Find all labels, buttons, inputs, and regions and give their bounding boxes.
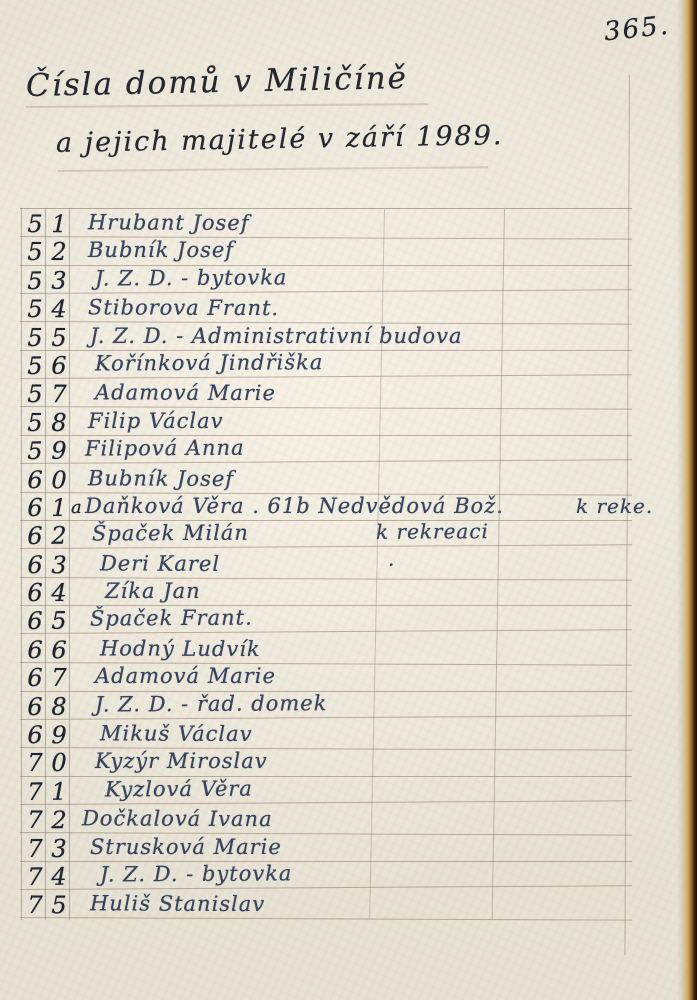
owner-name: J. Z. D. - bytovka <box>95 262 288 293</box>
house-number-tens: 7 <box>25 748 45 776</box>
owner-name: Filipová Anna <box>85 433 245 464</box>
table-row: 52Bubník Josef <box>20 237 632 265</box>
house-number-units: 0 <box>49 465 69 493</box>
house-number-tens: 6 <box>25 578 45 606</box>
house-number-units: 9 <box>49 436 69 464</box>
house-number-units: 6 <box>49 351 69 379</box>
table-row: 75Huliš Stanislav <box>20 890 632 921</box>
owner-name: Hodný Ludvík <box>100 633 261 664</box>
house-number-tens: 7 <box>25 777 45 805</box>
owner-name: Mikuš Václav <box>100 718 253 749</box>
house-number-units: 5 <box>49 606 69 634</box>
row-note: k rekreaci <box>376 516 489 547</box>
house-number-tens: 5 <box>25 408 45 436</box>
house-number-tens: 6 <box>25 493 45 521</box>
table-row: 74J. Z. D. - bytovka <box>20 858 632 890</box>
house-number-units: 5 <box>49 323 69 351</box>
owner-name: Zíka Jan <box>105 576 201 606</box>
house-number-units: 4 <box>49 578 69 606</box>
table-row: 65Špaček Frant. <box>20 603 632 635</box>
owner-name: J. Z. D. - bytovka <box>100 858 293 889</box>
house-number-units: 0 <box>49 748 69 776</box>
owner-name: Kyzýr Miroslav <box>95 746 268 776</box>
house-number-units: 3 <box>49 550 69 578</box>
owner-name: Strusková Marie <box>90 832 282 862</box>
house-number-units: 1 <box>49 493 69 521</box>
house-number-tens: 7 <box>25 805 45 833</box>
house-number-units: 7 <box>49 379 69 407</box>
house-number-tens: 6 <box>25 465 45 493</box>
owner-name: Kyzlová Věra <box>105 773 253 804</box>
grid-vline <box>21 208 22 920</box>
house-number-tens: 6 <box>25 521 45 549</box>
house-number-units: 3 <box>49 265 69 293</box>
house-owner-table: 51Hrubant Josef52Bubník Josef53J. Z. D. … <box>20 208 632 919</box>
house-number-units: 7 <box>49 663 69 691</box>
house-number-tens: 6 <box>25 720 45 748</box>
owner-name: Dočkalová Ivana <box>82 803 273 834</box>
house-number-units: 5 <box>49 891 69 919</box>
house-number-units: 2 <box>49 805 69 833</box>
owner-name: Špaček Frant. <box>90 603 253 634</box>
table-row: 71Kyzlová Věra <box>20 773 632 805</box>
house-number-units: 2 <box>49 521 69 549</box>
table-row: 55J. Z. D. - Administrativní budova <box>20 323 632 351</box>
house-number-tens: 5 <box>25 209 45 237</box>
house-number-tens: 6 <box>25 691 45 719</box>
owner-name: Bubník Josef <box>88 235 234 265</box>
house-number-units: 8 <box>49 691 69 719</box>
house-number-units: 1 <box>49 777 69 805</box>
grid-vline <box>45 208 46 920</box>
house-number-tens: 7 <box>25 862 45 890</box>
house-number-units: 3 <box>49 834 69 862</box>
house-number-tens: 7 <box>25 890 45 918</box>
owner-name: Bubník Josef <box>88 463 234 494</box>
table-row: 70Kyzýr Miroslav <box>20 748 632 776</box>
house-number-units: 6 <box>49 635 69 663</box>
owner-name: Špaček Milán <box>92 518 249 549</box>
house-number-units: 8 <box>49 408 69 436</box>
house-number-units: 1 <box>49 209 69 237</box>
table-row: 56Kořínková Jindřiška <box>20 347 632 379</box>
house-number-tens: 5 <box>25 323 45 351</box>
owner-name: J. Z. D. - řad. domek <box>95 688 328 719</box>
owner-name: Stiborova Frant. <box>88 292 279 323</box>
house-number-units: 9 <box>49 720 69 748</box>
house-number-tens: 6 <box>25 663 45 691</box>
owner-name: J. Z. D. - Administrativní budova <box>90 321 463 351</box>
house-number-tens: 5 <box>25 294 45 322</box>
table-row: 59Filipová Anna <box>20 432 632 464</box>
owner-name: Adamová Marie <box>95 661 276 691</box>
owner-name: Deri Karel <box>100 548 220 579</box>
house-number-tens: 7 <box>25 834 45 862</box>
house-number-suffix: a <box>71 493 82 521</box>
owner-name: Hrubant Josef <box>88 207 250 238</box>
house-number-units: 4 <box>49 862 69 890</box>
house-number-tens: 5 <box>25 237 45 265</box>
row-note: · <box>388 549 395 579</box>
owner-name: Kořínková Jindřiška <box>95 347 324 378</box>
owner-name: Filip Václav <box>88 406 223 436</box>
house-number-tens: 6 <box>25 606 45 634</box>
house-number-tens: 5 <box>25 436 45 464</box>
house-number-tens: 5 <box>25 266 45 294</box>
table-row: 53J. Z. D. - bytovka <box>20 262 632 294</box>
house-number-tens: 6 <box>25 635 45 663</box>
owner-name: Huliš Stanislav <box>90 889 265 920</box>
scan-edge <box>677 0 697 1000</box>
owner-name: Adamová Marie <box>95 378 276 409</box>
house-number-units: 2 <box>49 237 69 265</box>
table-row: 62Špaček Milánk rekreaci <box>20 518 632 550</box>
table-row: 73Strusková Marie <box>20 834 632 862</box>
house-number-tens: 5 <box>25 379 45 407</box>
table-row: 68J. Z. D. - řad. domek <box>20 688 632 720</box>
scanned-ledger-page: { "page": { "number": "365.", "title_lin… <box>0 0 697 1000</box>
grid-vline <box>69 208 70 920</box>
house-number-units: 4 <box>49 294 69 322</box>
house-number-tens: 6 <box>25 550 45 578</box>
house-number-tens: 5 <box>25 351 45 379</box>
